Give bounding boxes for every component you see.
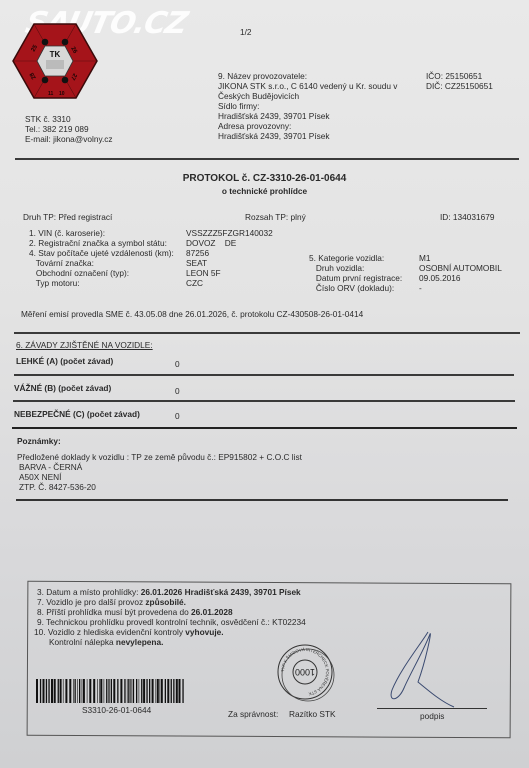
vehicle-type-value: OSOBNÍ AUTOMOBIL	[419, 263, 502, 274]
registration-value: DOVOZ DE	[186, 238, 236, 249]
defects-serious-count: 0	[175, 386, 180, 397]
first-registration-value: 09.05.2016	[419, 273, 461, 284]
protocol-id: ID: 134031679	[440, 212, 494, 223]
ico: IČO: 25150651	[426, 71, 482, 82]
za-spravnost-label: Za správnost:	[228, 709, 278, 720]
model-value: LEON 5F	[186, 268, 221, 279]
defects-divider-3	[12, 427, 517, 429]
seat-address: Hradišťská 2439, 39701 Písek	[218, 111, 330, 122]
vehicle-type-label: Druh vozidla:	[309, 263, 364, 274]
model-label: Obchodní označení (typ):	[29, 268, 129, 279]
result-line-8: 8. Příští prohlídka musí být provedena d…	[37, 607, 233, 618]
notes-line-2: BARVA - ČERNÁ	[19, 462, 82, 473]
defects-serious-label: VÁŽNÉ (B) (počet závad)	[14, 383, 111, 394]
stk-phone: Tel.: 382 219 089	[25, 124, 89, 135]
category-value: M1	[419, 253, 431, 264]
notes-heading: Poznámky:	[17, 436, 61, 447]
emissions-note: Měření emisí provedla SME č. 43.05.08 dn…	[21, 309, 363, 320]
make-label: Tovární značka:	[29, 258, 94, 269]
svg-text:TK: TK	[50, 50, 61, 59]
notes-line-3: A50X NENÍ	[19, 472, 61, 483]
vin-label: 1. VIN (č. karoserie):	[29, 228, 105, 239]
facility-label: Adresa provozovny:	[218, 121, 291, 132]
result-line-9: 9. Technickou prohlídku provedl kontroln…	[37, 617, 306, 628]
notes-divider	[16, 499, 508, 501]
odometer-value: 87256	[186, 248, 209, 259]
orv-value: -	[419, 283, 422, 294]
defects-light-count: 0	[175, 359, 180, 370]
defects-dangerous-count: 0	[175, 411, 180, 422]
barcode-text: S3310-26-01-0644	[82, 705, 151, 716]
make-value: SEAT	[186, 258, 207, 269]
razitko-label: Razítko STK	[289, 709, 336, 720]
svg-text:11: 11	[48, 91, 54, 97]
defects-divider-1	[14, 374, 514, 376]
first-registration-label: Datum první registrace:	[309, 273, 402, 284]
stk-stamp: 1000 TYP K ŠMIDOVÁ INTERCHECK POVĚŘENÁ S…	[275, 642, 335, 702]
odometer-label: 4. Stav počítače ujeté vzdálenosti (km):	[29, 248, 174, 259]
notes-line-1: Předložené doklady k vozidlu : TP ze zem…	[17, 452, 302, 463]
defects-dangerous-label: NEBEZPEČNÉ (C) (počet závad)	[14, 409, 140, 420]
podpis-label: podpis	[420, 711, 444, 722]
svg-text:10: 10	[59, 91, 65, 97]
header-divider	[15, 158, 519, 160]
operator-label: 9. Název provozovatele:	[218, 71, 307, 82]
registration-label: 2. Registrační značka a symbol státu:	[29, 238, 167, 249]
signature	[380, 630, 470, 710]
defects-light-label: LEHKÉ (A) (počet závad)	[16, 356, 113, 367]
vin-value: VSSZZZ5FZGR140032	[186, 228, 273, 239]
engine-value: CZC	[186, 278, 203, 289]
defects-heading: 6. ZÁVADY ZJIŠTĚNÉ NA VOZIDLE:	[16, 340, 153, 351]
notes-line-4: ZTP. Č. 8427-536-20	[19, 482, 96, 493]
result-line-sticker: Kontrolní nálepka nevylepena.	[49, 637, 163, 648]
facility-address: Hradišťská 2439, 39701 Písek	[218, 131, 330, 142]
druh-tp: Druh TP: Před registrací	[23, 212, 112, 223]
stk-hexagon-logo: TK 25 26 27 28 11 10	[12, 22, 98, 100]
barcode	[36, 679, 186, 703]
rozsah-tp: Rozsah TP: plný	[245, 212, 306, 223]
operator-name-2: Českých Budějovicích	[218, 91, 299, 102]
emissions-divider	[14, 332, 520, 334]
page-number: 1/2	[240, 27, 252, 38]
result-line-7: 7. Vozidlo je pro další provoz způsobilé…	[37, 597, 186, 608]
defects-divider-2	[13, 400, 515, 402]
signature-line	[377, 708, 487, 709]
engine-label: Typ motoru:	[29, 278, 80, 289]
dic: DIČ: CZ25150651	[426, 81, 493, 92]
category-label: 5. Kategorie vozidla:	[309, 253, 384, 264]
seat-label: Sídlo firmy:	[218, 101, 260, 112]
protocol-subtitle: o technické prohlídce	[0, 186, 529, 196]
orv-label: Číslo ORV (dokladu):	[309, 283, 394, 294]
stk-number: STK č. 3310	[25, 114, 71, 125]
operator-name-1: JIKONA STK s.r.o., C 6140 vedený u Kr. s…	[218, 81, 397, 92]
result-line-10: 10. Vozidlo z hlediska evidenční kontrol…	[34, 627, 224, 638]
svg-text:1000: 1000	[295, 667, 315, 677]
protocol-title: PROTOKOL č. CZ-3310-26-01-0644	[0, 173, 529, 184]
stk-email: E-mail: jikona@volny.cz	[25, 134, 113, 145]
result-line-3: 3. Datum a místo prohlídky: 26.01.2026 H…	[37, 587, 301, 598]
